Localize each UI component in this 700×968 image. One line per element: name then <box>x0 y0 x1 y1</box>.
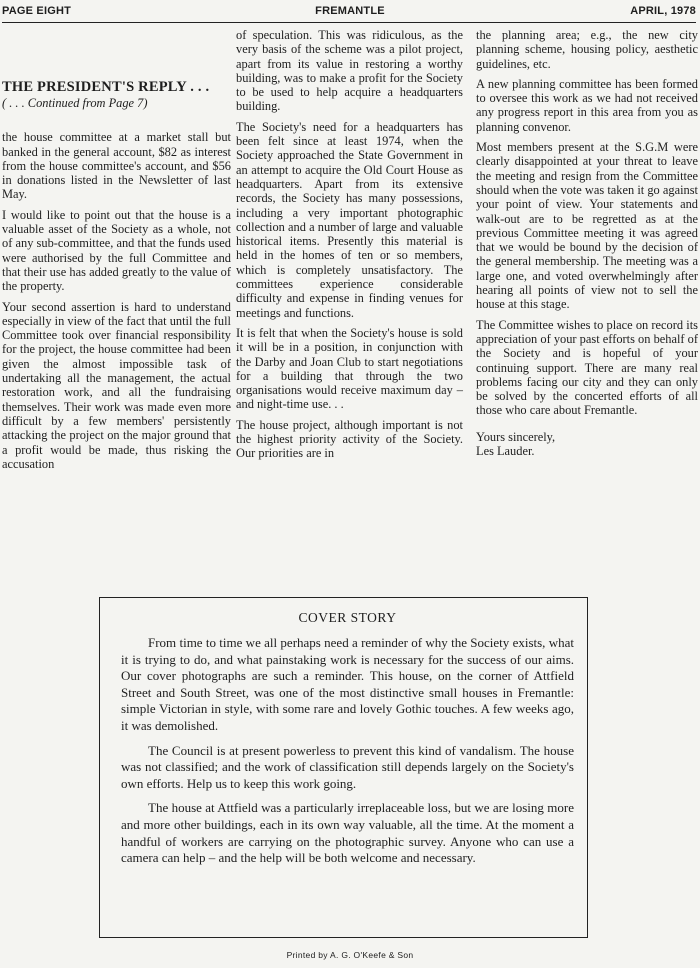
closing: Yours sincerely, <box>476 430 698 444</box>
article-paragraph: Most members present at the S.G.M were c… <box>476 140 698 312</box>
article-paragraph: The Committee wishes to place on record … <box>476 318 698 418</box>
article-paragraph: I would like to point out that the house… <box>2 208 231 294</box>
signoff: Yours sincerely, Les Lauder. <box>476 430 698 459</box>
article-paragraph: Your second assertion is hard to underst… <box>2 300 231 472</box>
article-paragraph: The Society's need for a headquarters ha… <box>236 120 463 320</box>
article-paragraph: The house project, although important is… <box>236 418 463 461</box>
article-title: THE PRESIDENT'S REPLY . . . <box>2 78 231 96</box>
cover-story-paragraph: From time to time we all perhaps need a … <box>121 635 574 735</box>
cover-story-paragraph: The house at Attfield was a particularly… <box>121 800 574 866</box>
article-paragraph: It is felt that when the Society's house… <box>236 326 463 412</box>
page-header: PAGE EIGHT FREMANTLE APRIL, 1978 <box>0 0 700 22</box>
printer-credit: Printed by A. G. O'Keefe & Son <box>0 950 700 960</box>
author-name: Les Lauder. <box>476 444 698 458</box>
article-paragraph: the planning area; e.g., the new city pl… <box>476 28 698 71</box>
publication-name: FREMANTLE <box>0 5 700 17</box>
article-paragraph: A new planning committee has been formed… <box>476 77 698 134</box>
article-column-2: of speculation. This was ridiculous, as … <box>236 28 463 467</box>
article-paragraph: of speculation. This was ridiculous, as … <box>236 28 463 114</box>
article-column-3: the planning area; e.g., the new city pl… <box>476 28 698 458</box>
header-divider <box>2 22 696 23</box>
continued-note: ( . . . Continued from Page 7) <box>2 96 231 110</box>
article-column-1: THE PRESIDENT'S REPLY . . . ( . . . Cont… <box>2 78 231 477</box>
issue-date: APRIL, 1978 <box>630 5 696 17</box>
cover-story-box: COVER STORY From time to time we all per… <box>99 597 588 938</box>
article-paragraph: the house committee at a market stall bu… <box>2 130 231 201</box>
cover-story-title: COVER STORY <box>121 610 574 626</box>
cover-story-paragraph: The Council is at present powerless to p… <box>121 743 574 793</box>
